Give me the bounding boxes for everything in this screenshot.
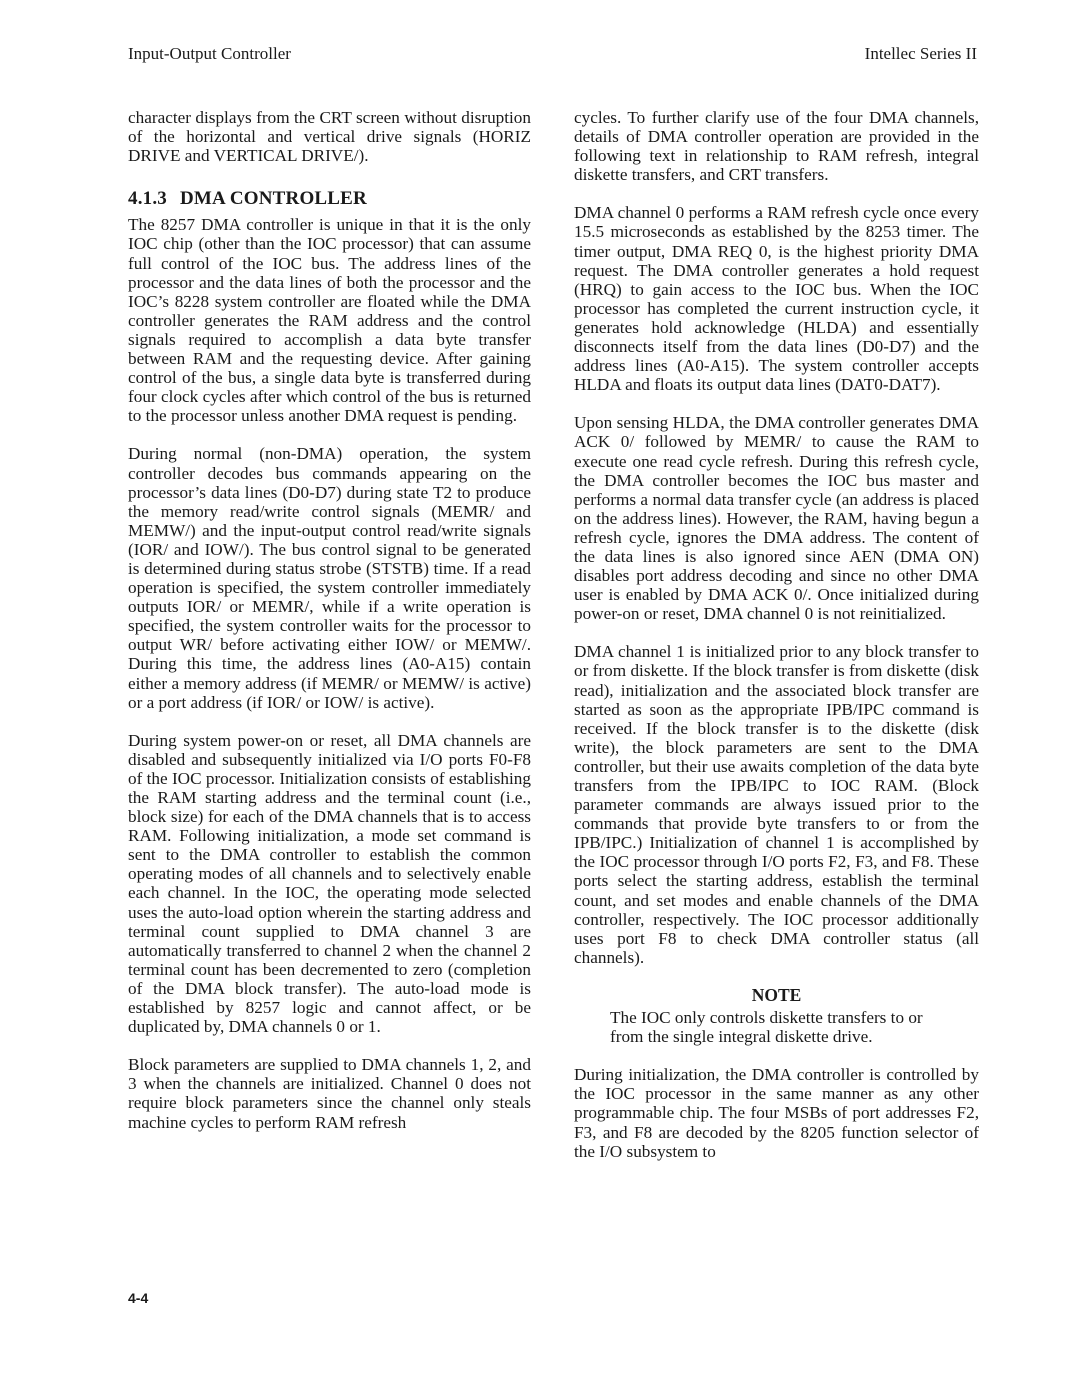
section-number: 4.1.3 (128, 188, 167, 209)
note-title: NOTE (574, 986, 979, 1005)
paragraph: DMA channel 1 is initialized prior to an… (574, 642, 979, 967)
left-column: character displays from the CRT screen w… (128, 108, 531, 1151)
header-product-title: Intellec Series II (865, 44, 977, 64)
paragraph: cycles. To further clarify use of the fo… (574, 108, 979, 184)
paragraph: The 8257 DMA controller is unique in tha… (128, 215, 531, 425)
running-header: Input-Output Controller Intellec Series … (128, 44, 977, 64)
paragraph: DMA channel 0 performs a RAM refresh cyc… (574, 203, 979, 394)
note-body: The IOC only controls diskette transfers… (574, 1008, 979, 1046)
header-chapter-title: Input-Output Controller (128, 44, 291, 64)
page-number: 4-4 (128, 1290, 148, 1306)
right-column: cycles. To further clarify use of the fo… (574, 108, 979, 1180)
continuation-paragraph: character displays from the CRT screen w… (128, 108, 531, 165)
paragraph: During system power-on or reset, all DMA… (128, 731, 531, 1037)
paragraph: Block parameters are supplied to DMA cha… (128, 1055, 531, 1131)
paragraph: During initialization, the DMA controlle… (574, 1065, 979, 1160)
section-heading: 4.1.3 DMA CONTROLLER (128, 189, 531, 208)
section-title: DMA CONTROLLER (180, 188, 367, 209)
paragraph: Upon sensing HLDA, the DMA controller ge… (574, 413, 979, 623)
paragraph: During normal (non-DMA) operation, the s… (128, 444, 531, 711)
note-box: NOTE The IOC only controls diskette tran… (574, 986, 979, 1046)
